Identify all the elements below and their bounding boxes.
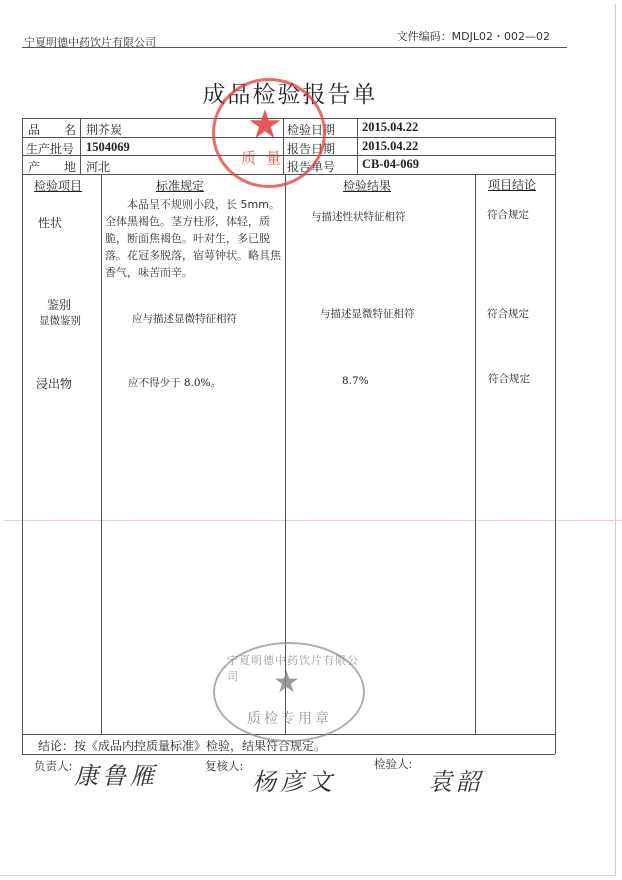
star-icon: ★ bbox=[247, 105, 283, 145]
responsible-label: 负责人: bbox=[34, 758, 72, 774]
row-item: 浸出物 bbox=[36, 375, 72, 392]
row-sub-item: 显微鉴别 bbox=[39, 313, 81, 328]
star-icon: ★ bbox=[273, 668, 300, 698]
page-edge bbox=[0, 875, 616, 876]
quality-stamp-red: ★ 质量 bbox=[212, 78, 326, 188]
column-header-result: 检验结果 bbox=[343, 177, 391, 194]
qc-stamp-gray: 宁夏明德中药饮片有限公司 ★ 质检专用章 bbox=[213, 642, 365, 742]
row-conclusion: 符合规定 bbox=[488, 371, 530, 386]
file-code: 文件编码：MDJL02・002—02 bbox=[397, 28, 550, 44]
table-rule bbox=[555, 118, 556, 754]
row-item: 鉴别 bbox=[47, 296, 71, 313]
responsible-signature: 康鲁雁 bbox=[74, 756, 158, 791]
header-divider bbox=[22, 47, 567, 48]
batch-label: 生产批号 bbox=[26, 140, 74, 157]
row-result: 8.7% bbox=[342, 375, 369, 387]
row-result: 与描述性状特征相符 bbox=[311, 209, 406, 224]
product-name: 荆芥炭 bbox=[86, 121, 122, 138]
table-rule bbox=[357, 118, 358, 174]
product-name-label: 品 名 bbox=[28, 121, 76, 138]
row-standard: 本品呈不规则小段，长 5mm。全体黑褐色。茎方柱形，体轻，质脆，断面焦褐色。叶对… bbox=[105, 196, 281, 281]
origin-label: 产 地 bbox=[28, 158, 76, 175]
row-standard: 应与描述显微特征相符 bbox=[132, 311, 237, 326]
page-edge bbox=[615, 4, 616, 876]
row-item: 性状 bbox=[38, 214, 62, 231]
reviewer-label: 复核人: bbox=[205, 758, 243, 774]
scan-artifact-line bbox=[4, 520, 622, 521]
row-standard: 应不得少于 8.0%。 bbox=[128, 375, 221, 390]
column-header-standard: 标准规定 bbox=[156, 177, 204, 194]
table-rule bbox=[475, 174, 476, 734]
inspect-date: 2015.04.22 bbox=[362, 120, 418, 135]
row-result: 与描述显微特征相符 bbox=[320, 306, 415, 321]
table-rule bbox=[101, 174, 102, 734]
table-rule bbox=[22, 118, 23, 754]
reviewer-signature: 杨彦文 bbox=[252, 762, 336, 797]
column-header-conclusion: 项目结论 bbox=[488, 176, 536, 193]
report-number: CB-04-069 bbox=[362, 157, 419, 172]
row-conclusion: 符合规定 bbox=[487, 306, 529, 321]
column-header-item: 检验项目 bbox=[34, 177, 82, 194]
origin: 河北 bbox=[86, 158, 110, 175]
table-rule bbox=[80, 118, 81, 174]
inspector-signature: 袁韶 bbox=[428, 762, 484, 797]
table-rule bbox=[22, 754, 555, 755]
row-conclusion: 符合规定 bbox=[487, 207, 529, 222]
batch-number: 1504069 bbox=[86, 140, 130, 155]
report-date: 2015.04.22 bbox=[362, 139, 418, 154]
inspector-label: 检验人: bbox=[374, 756, 412, 772]
